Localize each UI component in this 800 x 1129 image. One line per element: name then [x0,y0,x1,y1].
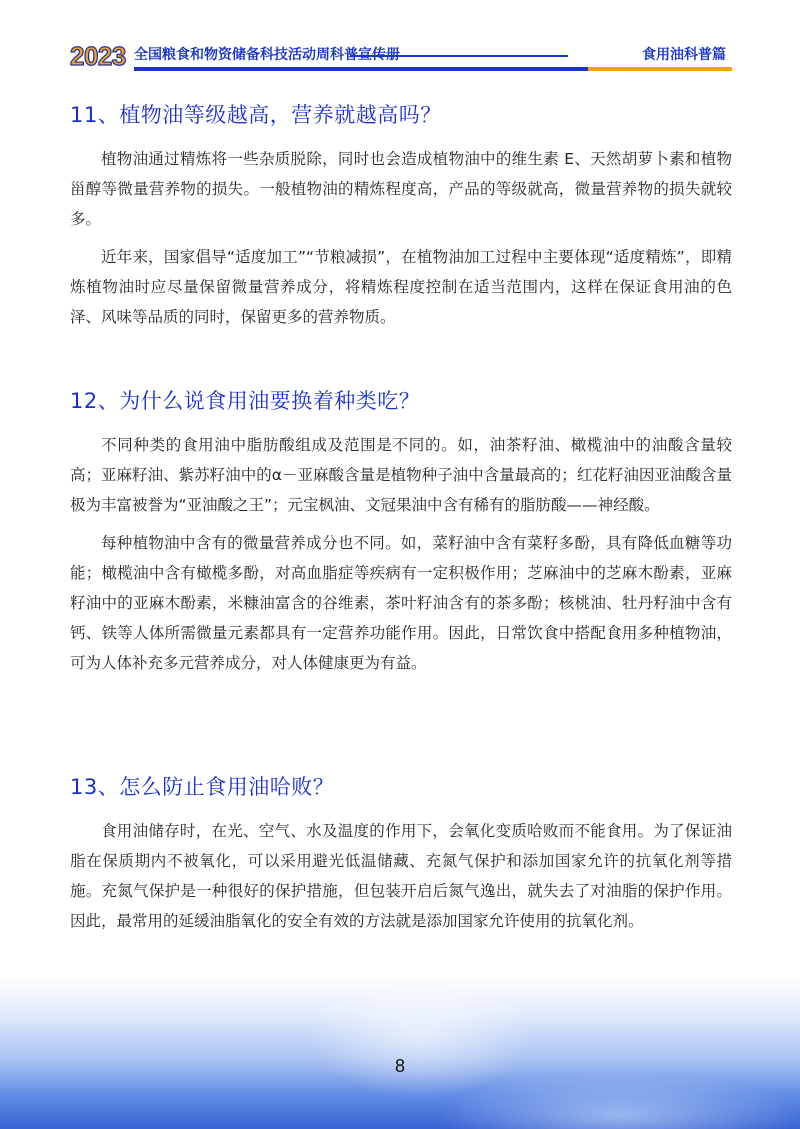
page-header: 2023 全国粮食和物资储备科技活动周科普宣传册 食用油科普篇 [68,42,732,72]
footer-decorative-background [0,975,800,1129]
section-heading: 13、怎么防止食用油哈败？ [70,772,732,802]
section-heading: 11、植物油等级越高，营养就越高吗？ [70,100,732,130]
section-11: 11、植物油等级越高，营养就越高吗？ 植物油通过精炼将一些杂质脱除，同时也会造成… [70,100,732,332]
section-13: 13、怎么防止食用油哈败？ 食用油储存时，在光、空气、水及温度的作用下，会氧化变… [70,772,732,936]
paragraph: 每种植物油中含有的微量营养成分也不同。如，菜籽油中含有菜籽多酚，具有降低血糖等功… [70,528,732,678]
paragraph: 近年来，国家倡导“适度加工”“节粮减损”，在植物油加工过程中主要体现“适度精炼”… [70,242,732,332]
paragraph: 植物油通过精炼将一些杂质脱除，同时也会造成植物油中的维生素 E、天然胡萝卜素和植… [70,144,732,234]
header-underline-blue [134,67,588,71]
section-heading: 12、为什么说食用油要换着种类吃？ [70,386,732,416]
page-number: 8 [0,1056,800,1077]
year-logo: 2023 [70,42,126,70]
section-label: 食用油科普篇 [642,46,726,64]
header-divider-line [350,55,568,57]
header-underline-orange [588,67,732,71]
paragraph: 不同种类的食用油中脂肪酸组成及范围是不同的。如，油茶籽油、橄榄油中的油酸含量较高… [70,430,732,520]
section-12: 12、为什么说食用油要换着种类吃？ 不同种类的食用油中脂肪酸组成及范围是不同的。… [70,386,732,678]
paragraph: 食用油储存时，在光、空气、水及温度的作用下，会氧化变质哈败而不能食用。为了保证油… [70,816,732,936]
